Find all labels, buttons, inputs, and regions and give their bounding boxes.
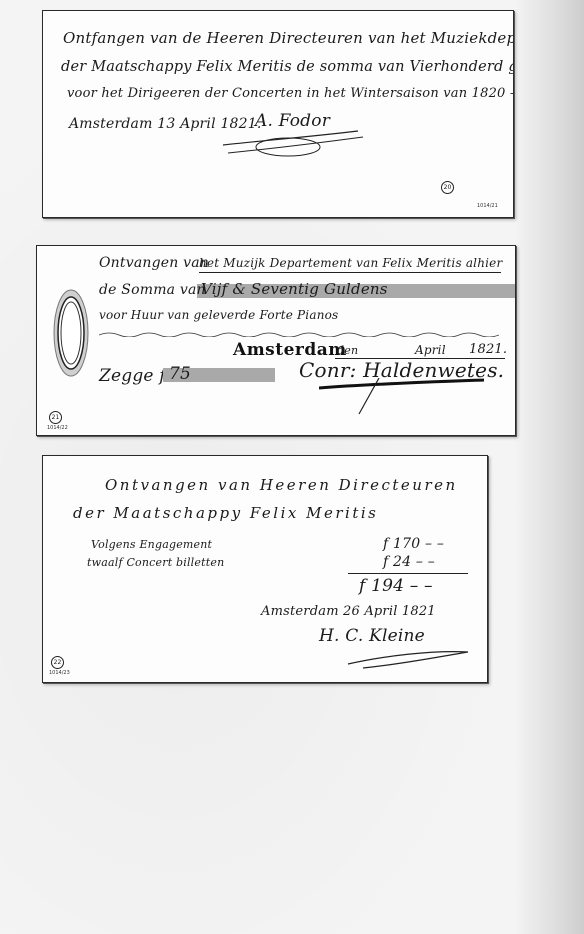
signature: H. C. Kleine [319, 626, 425, 646]
oval-ornament-icon [53, 288, 89, 378]
received-from: het Muzijk Departement van Felix Meritis… [199, 256, 502, 270]
stamp-number: 20 [441, 181, 454, 194]
stamp-number: 21 [49, 411, 62, 424]
signature-flourish [319, 378, 489, 418]
receipt-kleine: Ontvangen van Heeren Directeuren der Maa… [42, 455, 488, 683]
receipt-line-1: Ontvangen van Heeren Directeuren [105, 476, 458, 494]
receipt-purpose: voor Huur van geleverde Forte Pianos [99, 308, 338, 322]
date-month: April [415, 343, 446, 357]
place-date: Amsterdam 26 April 1821 [261, 604, 436, 619]
printed-received-label: Ontvangen van [99, 255, 209, 271]
signature-flourish [343, 646, 473, 670]
printed-place: Amsterdam [233, 340, 347, 360]
printed-zegge-label: Zegge f [99, 366, 166, 386]
item-label-2: twaalf Concert billetten [87, 556, 224, 569]
archive-reference: 1014/23 [49, 670, 70, 676]
receipt-haldenwetes: Ontvangen van het Muzijk Departement van… [36, 245, 516, 436]
archive-reference: 1014/21 [477, 203, 498, 209]
underline [199, 272, 501, 273]
date-year: 1821. [469, 342, 507, 357]
receipt-line-3: voor het Dirigeeren der Concerten in het… [67, 86, 514, 101]
item-amount-1: f 170 – – [383, 536, 444, 552]
total-amount: f 194 – – [359, 576, 433, 596]
fill-line [99, 331, 499, 337]
receipt-line-1: Ontfangen van de Heeren Directeuren van … [63, 29, 514, 47]
stamp-number: 22 [51, 656, 64, 669]
receipt-fodor: Ontfangen van de Heeren Directeuren van … [42, 10, 514, 218]
amount-value: 75 [169, 364, 191, 384]
receipt-line-2: der Maatschappy Felix Meritis [73, 504, 378, 522]
total-rule [348, 573, 468, 574]
item-label-1: Volgens Engagement [91, 538, 212, 551]
printed-sum-label: de Somma van [99, 282, 206, 298]
date-prefix: den [337, 344, 358, 357]
sum-in-words: Vijf & Seventig Guldens [201, 280, 388, 298]
signature-flourish [218, 123, 368, 163]
receipt-line-2: der Maatschappy Felix Meritis de somma v… [61, 59, 514, 75]
item-amount-2: f 24 – – [383, 554, 435, 570]
archive-reference: 1014/22 [47, 425, 68, 431]
